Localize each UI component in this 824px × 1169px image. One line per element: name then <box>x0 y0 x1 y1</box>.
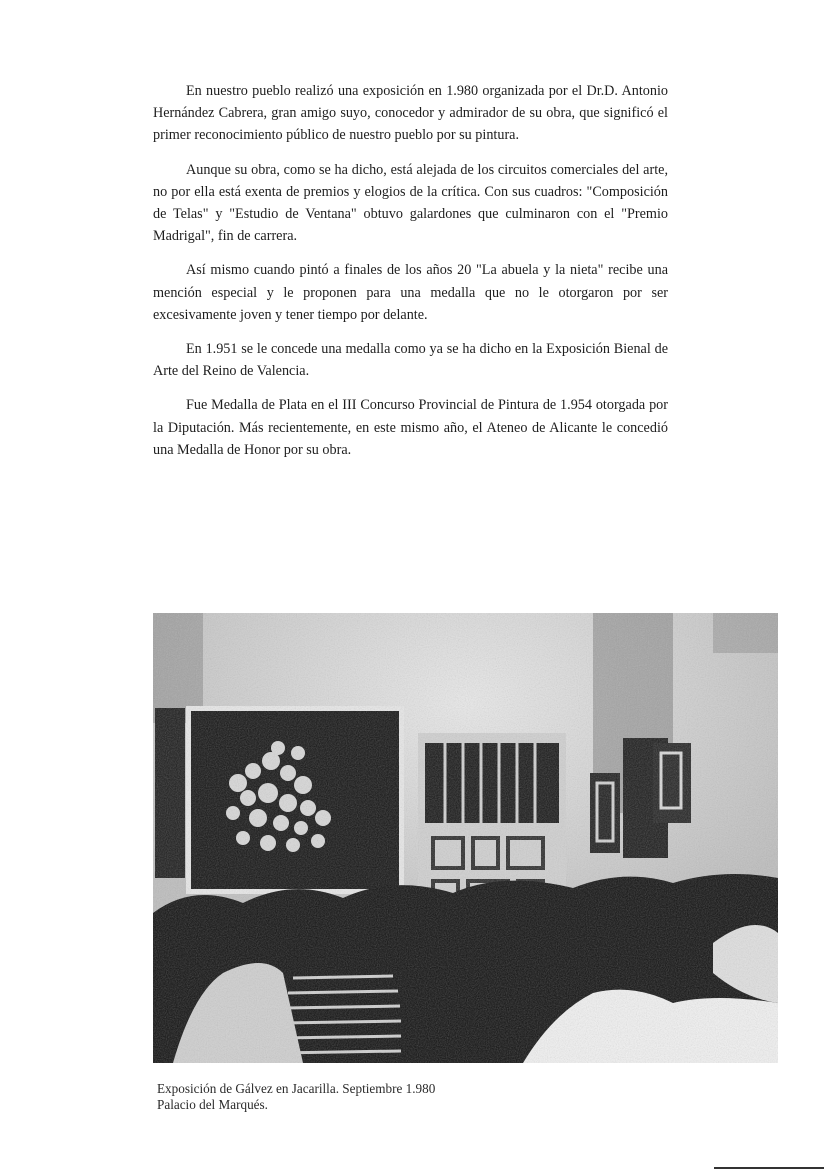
paragraph: En 1.951 se le concede una medalla como … <box>153 338 668 382</box>
exhibition-photo <box>153 613 778 1063</box>
paragraph: Aunque su obra, como se ha dicho, está a… <box>153 159 668 248</box>
caption-line-2: Palacio del Marqués. <box>157 1097 435 1113</box>
photo-caption: Exposición de Gálvez en Jacarilla. Septi… <box>157 1081 435 1113</box>
body-text: En nuestro pueblo realizó una exposición… <box>153 80 668 473</box>
paragraph: Así mismo cuando pintó a finales de los … <box>153 259 668 326</box>
caption-line-1: Exposición de Gálvez en Jacarilla. Septi… <box>157 1081 435 1097</box>
paragraph: En nuestro pueblo realizó una exposición… <box>153 80 668 147</box>
photo-image <box>153 613 778 1063</box>
paragraph: Fue Medalla de Plata en el III Concurso … <box>153 394 668 461</box>
